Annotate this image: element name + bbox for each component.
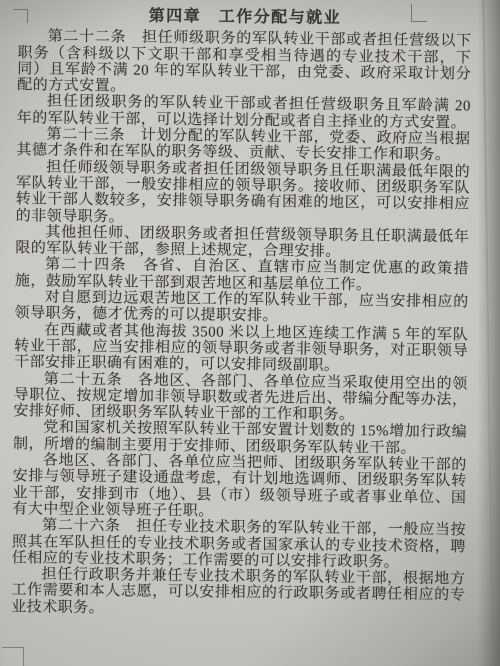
paragraph-article-24: 第二十四条 各省、自治区、直辖市应当制定优惠的政策措施，鼓励军队转业干部到艰苦地… bbox=[15, 257, 469, 295]
paragraph-article-25: 第二十五条 各地区、各部门、各单位应当采取使用空出的领导职位、按规定增加非领导职… bbox=[13, 371, 468, 425]
document-photo: 第四章 工作分配与就业 第二十二条 担任师级职务的军队转业干部或者担任营级以下职… bbox=[0, 0, 500, 666]
paragraph: 担任师级领导职务或者担任团级领导职务且任职满最低年限的军队转业干部，一般安排相应… bbox=[16, 159, 471, 229]
paragraph: 在西藏或者其他海拔 3500 米以上地区连续工作满 5 年的军队转业干部，应当安… bbox=[14, 322, 469, 376]
paragraph: 担任行政职务并兼任专业技术职务的军队转业干部，根据地方工作需要和本人志愿，可以安… bbox=[11, 566, 466, 620]
page-text: 第四章 工作分配与就业 第二十二条 担任师级职务的军队转业干部或者担任营级以下职… bbox=[11, 7, 472, 620]
page-edge-crease bbox=[482, 0, 493, 666]
paragraph-article-26: 第二十六条 担任专业技术职务的军队转业干部，一般应当按照其在军队担任的专业技术职… bbox=[12, 517, 467, 571]
chapter-title: 第四章 工作分配与就业 bbox=[18, 7, 472, 28]
paragraph-article-23: 第二十三条 计划分配的军队转业干部，党委、政府应当根据其德才条件和在军队的职务等… bbox=[16, 126, 470, 164]
paragraph: 党和国家机关按照军队转业干部安置计划数的 15%增加行政编制，所增的编制主要用于… bbox=[13, 420, 467, 458]
paragraph: 各地区、各部门、各单位应当把师、团级职务军队转业干部的安排与领导班子建设通盘考虑… bbox=[12, 452, 467, 522]
crop-mark-bottom-left bbox=[2, 647, 24, 666]
paragraph-article-22: 第二十二条 担任师级职务的军队转业干部或者担任营级以下职务（含科级以下文职干部和… bbox=[17, 29, 472, 99]
paragraph: 担任团级职务的军队转业干部或者担任营级职务且军龄满 20 年的军队转业干部，可以… bbox=[17, 94, 471, 132]
paragraph: 对自愿到边远艰苦地区工作的军队转业干部，应当安排相应的领导职务，德才优秀的可以提… bbox=[14, 289, 468, 327]
